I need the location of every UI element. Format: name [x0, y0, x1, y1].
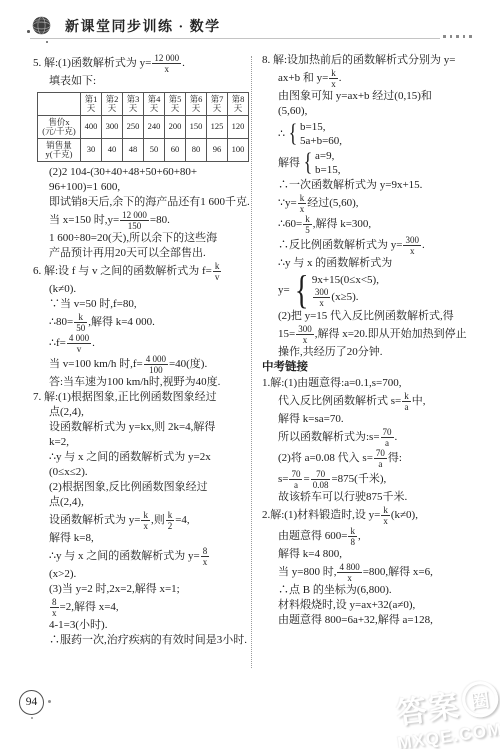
- solution-text-line: 8x=2,解得 x=4,: [33, 597, 251, 618]
- footer-dot: [31, 717, 33, 719]
- header-rule-dots: [443, 35, 472, 38]
- solution-text-line: 操作,共经历了20分钟.: [262, 345, 486, 360]
- solution-text-line: k=2,: [33, 435, 251, 450]
- system-row: 9x+15(0≤x<5),: [312, 273, 379, 287]
- solution-text-line: ∴y 与 x 之间的函数解析式为 y=8x: [33, 546, 251, 567]
- table-corner-cell: [38, 93, 81, 116]
- system-rows: b=15,5a+b=60,: [300, 120, 342, 148]
- equation-system: y={9x+15(0≤x<5),300x(x≥5).: [262, 272, 486, 308]
- solution-text-line: (x>2).: [33, 567, 251, 582]
- watermark: 答案 圈 MXQE.COM: [390, 675, 500, 749]
- solution-text-line: ∴f=4 000v.: [33, 333, 251, 354]
- solution-text-line: 解得 k=8,: [33, 531, 251, 546]
- solution-text-line: (k≠0).: [33, 282, 251, 297]
- column-divider: [251, 56, 252, 668]
- solution-text-line: 设函数解析式为 y=kx,则 2k=4,解得: [33, 420, 251, 435]
- solution-text-line: 当 y=800 时,4 800x=800,解得 x=6,: [262, 562, 486, 583]
- fraction: kv: [213, 261, 222, 282]
- solution-text-line: (5,60),: [262, 104, 486, 119]
- solution-text-line: ∵y=kx经过(5,60),: [262, 193, 486, 214]
- system-row: b=15,: [300, 120, 342, 134]
- solution-text-line: ax+b 和 y=kx.: [262, 68, 486, 89]
- fraction: 300x: [313, 287, 331, 308]
- solution-text-line: ∴80=k50,解得 k=4 000.: [33, 312, 251, 333]
- solution-text-line: 由题意得 600=k8,: [262, 526, 486, 547]
- fraction: kx: [381, 505, 390, 526]
- system-row: b=15,: [315, 163, 340, 177]
- watermark-brand-text: 答案: [393, 680, 463, 732]
- solution-text-line: 故该轿车可以行驶875千米.: [262, 490, 486, 505]
- fraction: 70a: [289, 469, 302, 490]
- solution-text-line: 当 v=100 km/h 时,f=4 000100=40(度).: [33, 354, 251, 375]
- solution-text-line: 6. 解:设 f 与 v 之间的函数解析式为 f=kv: [33, 261, 251, 282]
- solution-text-line: (3)当 y=2 时,2x=2,解得 x=1;: [33, 582, 251, 597]
- table-value-cell: 150: [186, 116, 207, 139]
- table-value-cell: 300: [102, 116, 123, 139]
- brace-glyph: {: [289, 123, 298, 146]
- solution-text-line: 当 x=150 时,y=12 000150=80.: [33, 210, 251, 231]
- table-value-cell: 48: [123, 139, 144, 162]
- fraction: 8x: [50, 597, 59, 618]
- fraction: kx: [141, 510, 150, 531]
- table-value-cell: 60: [165, 139, 186, 162]
- fraction: 12 000x: [152, 53, 181, 74]
- answers-column-left: 5. 解:(1)函数解析式为 y=12 000x.填表如下:第1 天第2 天第3…: [33, 53, 251, 648]
- table-value-cell: 30: [81, 139, 102, 162]
- equation-system: ∴{b=15,5a+b=60,: [262, 120, 486, 148]
- table-value-cell: 50: [144, 139, 165, 162]
- fraction: k8: [348, 526, 357, 547]
- fraction: 300x: [403, 235, 421, 256]
- solution-text-line: 1.解:(1)由题意得:a=0.1,s=700,: [262, 376, 486, 391]
- fraction: 8x: [201, 546, 210, 567]
- brace-glyph: {: [304, 152, 313, 175]
- solution-text-line: 答:当车速为100 km/h时,视野为40度.: [33, 375, 251, 390]
- fraction: 4 000v: [67, 333, 91, 354]
- solution-text-line: 1 600÷80=20(天),所以余下的这些海: [33, 231, 251, 246]
- book-page: 新课堂同步训练 · 数学 5. 解:(1)函数解析式为 y=12 000x.填表…: [0, 0, 500, 749]
- solution-text-line: 点(2,4),: [33, 495, 251, 510]
- solution-text-line: 由图象可知 y=ax+b 经过(0,15)和: [262, 89, 486, 104]
- solution-text-line: 解得 k=sa=70.: [262, 412, 486, 427]
- table-value-cell: 100: [228, 139, 249, 162]
- solution-text-line: ∴反比例函数解析式为 y=300x.: [262, 235, 486, 256]
- system-row: 300x(x≥5).: [312, 287, 379, 308]
- solution-text-line: 即试销8天后,余下的海产品还有1 600千克.: [33, 195, 251, 210]
- solution-text-line: s=70a=700.08=875(千米),: [262, 469, 486, 490]
- fraction: 4 000100: [144, 354, 168, 375]
- fraction: 700.08: [311, 469, 331, 490]
- solution-text-line: 解得 k=4 800,: [262, 547, 486, 562]
- solution-text-line: 15=300x,解得 x=20.即从开始加热到停止: [262, 324, 486, 345]
- table-header-cell: 第1 天: [81, 93, 102, 116]
- solution-text-line: 96+100)=1 600,: [33, 180, 251, 195]
- solution-text-line: ∴点 B 的坐标为(6,800).: [262, 583, 486, 598]
- watermark-logo-char: 圈: [468, 684, 493, 714]
- solution-text-line: 填表如下:: [33, 74, 251, 89]
- answers-column-right: 8. 解:设加热前后的函数解析式分别为 y=ax+b 和 y=kx.由图象可知 …: [262, 53, 486, 628]
- table-value-cell: 125: [207, 116, 228, 139]
- table-value-cell: 250: [123, 116, 144, 139]
- table-value-cell: 240: [144, 116, 165, 139]
- fraction: 4 800x: [337, 562, 361, 583]
- solution-text-line: ∴y 与 x 之间的函数解析式为 y=2x: [33, 450, 251, 465]
- solution-text-line: 点(2,4),: [33, 405, 251, 420]
- solution-text-line: ∴服药一次,治疗疾病的有效时间是3小时.: [33, 633, 251, 648]
- fraction: k2: [166, 510, 175, 531]
- brace-glyph: {: [294, 272, 308, 308]
- system-row: 5a+b=60,: [300, 134, 342, 148]
- section-heading: 中考链接: [262, 360, 486, 376]
- table-value-cell: 400: [81, 116, 102, 139]
- system-rows: a=9,b=15,: [315, 149, 340, 177]
- solution-text-line: 代入反比例函数解析式 s=ka中,: [262, 391, 486, 412]
- fraction: kx: [329, 68, 338, 89]
- system-prefix: y=: [278, 283, 290, 298]
- solution-text-line: 5. 解:(1)函数解析式为 y=12 000x.: [33, 53, 251, 74]
- fraction: ka: [402, 391, 411, 412]
- fraction: kx: [298, 193, 307, 214]
- solution-text-line: 材料煅烧时,设 y=ax+32(a≠0),: [262, 598, 486, 613]
- solution-text-line: 由题意得 800=6a+32,解得 a=128,: [262, 613, 486, 628]
- fraction: k5: [303, 214, 312, 235]
- table-header-cell: 第3 天: [123, 93, 144, 116]
- table-value-cell: 200: [165, 116, 186, 139]
- solution-text-line: 7. 解:(1)根据图象,正比例函数图象经过: [33, 390, 251, 405]
- system-rows: 9x+15(0≤x<5),300x(x≥5).: [312, 273, 379, 308]
- table-value-cell: 120: [228, 116, 249, 139]
- system-prefix: 解得: [278, 156, 300, 171]
- scan-speck: [27, 30, 30, 33]
- solution-text-line: 设函数解析式为 y=kx,则k2=4,: [33, 510, 251, 531]
- watermark-logo-circle: 圈: [460, 679, 500, 720]
- fraction: 12 000150: [120, 210, 149, 231]
- header-rule: [30, 38, 440, 39]
- table-value-cell: 40: [102, 139, 123, 162]
- footer-dot: [48, 700, 51, 703]
- page-number-badge: 94: [19, 690, 44, 715]
- table-header-cell: 第8 天: [228, 93, 249, 116]
- solution-text-line: 产品预计再用20天可以全部售出.: [33, 246, 251, 261]
- solution-text-line: 8. 解:设加热前后的函数解析式分别为 y=: [262, 53, 486, 68]
- solution-text-line: 2.解:(1)材料锻造时,设 y=kx(k≠0),: [262, 505, 486, 526]
- table-header-cell: 第2 天: [102, 93, 123, 116]
- system-row: a=9,: [315, 149, 340, 163]
- page-title: 新课堂同步训练 · 数学: [65, 16, 221, 36]
- fraction: 70a: [381, 427, 394, 448]
- table-row-label: 售价x (元/千克): [38, 116, 81, 139]
- scan-speck: [46, 41, 48, 43]
- sales-data-table: 第1 天第2 天第3 天第4 天第5 天第6 天第7 天第8 天售价x (元/千…: [37, 92, 249, 162]
- table-value-cell: 96: [207, 139, 228, 162]
- page-number: 94: [26, 696, 38, 708]
- fraction: k50: [74, 312, 87, 333]
- table-value-cell: 80: [186, 139, 207, 162]
- table-header-cell: 第6 天: [186, 93, 207, 116]
- solution-text-line: (0≤x≤2).: [33, 465, 251, 480]
- globe-icon: [31, 15, 52, 36]
- solution-text-line: (2)2 104-(30+40+48+50+60+80+: [33, 165, 251, 180]
- solution-text-line: (2)根据图象,反比例函数图象经过: [33, 480, 251, 495]
- solution-text-line: (2)将 a=0.08 代入 s=70a得:: [262, 448, 486, 469]
- table-header-cell: 第5 天: [165, 93, 186, 116]
- equation-system: 解得{a=9,b=15,: [262, 149, 486, 177]
- table-header-cell: 第4 天: [144, 93, 165, 116]
- fraction: 300x: [296, 324, 314, 345]
- table-row-label: 销售量 y(千克): [38, 139, 81, 162]
- solution-text-line: 所以函数解析式为:s=70a.: [262, 427, 486, 448]
- solution-text-line: ∵当 v=50 时,f=80,: [33, 297, 251, 312]
- solution-text-line: ∴一次函数解析式为 y=9x+15.: [262, 178, 486, 193]
- solution-text-line: 4-1=3(小时).: [33, 618, 251, 633]
- solution-text-line: ∴60=k5,解得 k=300,: [262, 214, 486, 235]
- page-header: 新课堂同步训练 · 数学: [31, 15, 221, 36]
- table-header-cell: 第7 天: [207, 93, 228, 116]
- system-prefix: ∴: [278, 127, 285, 142]
- fraction: 70a: [374, 448, 387, 469]
